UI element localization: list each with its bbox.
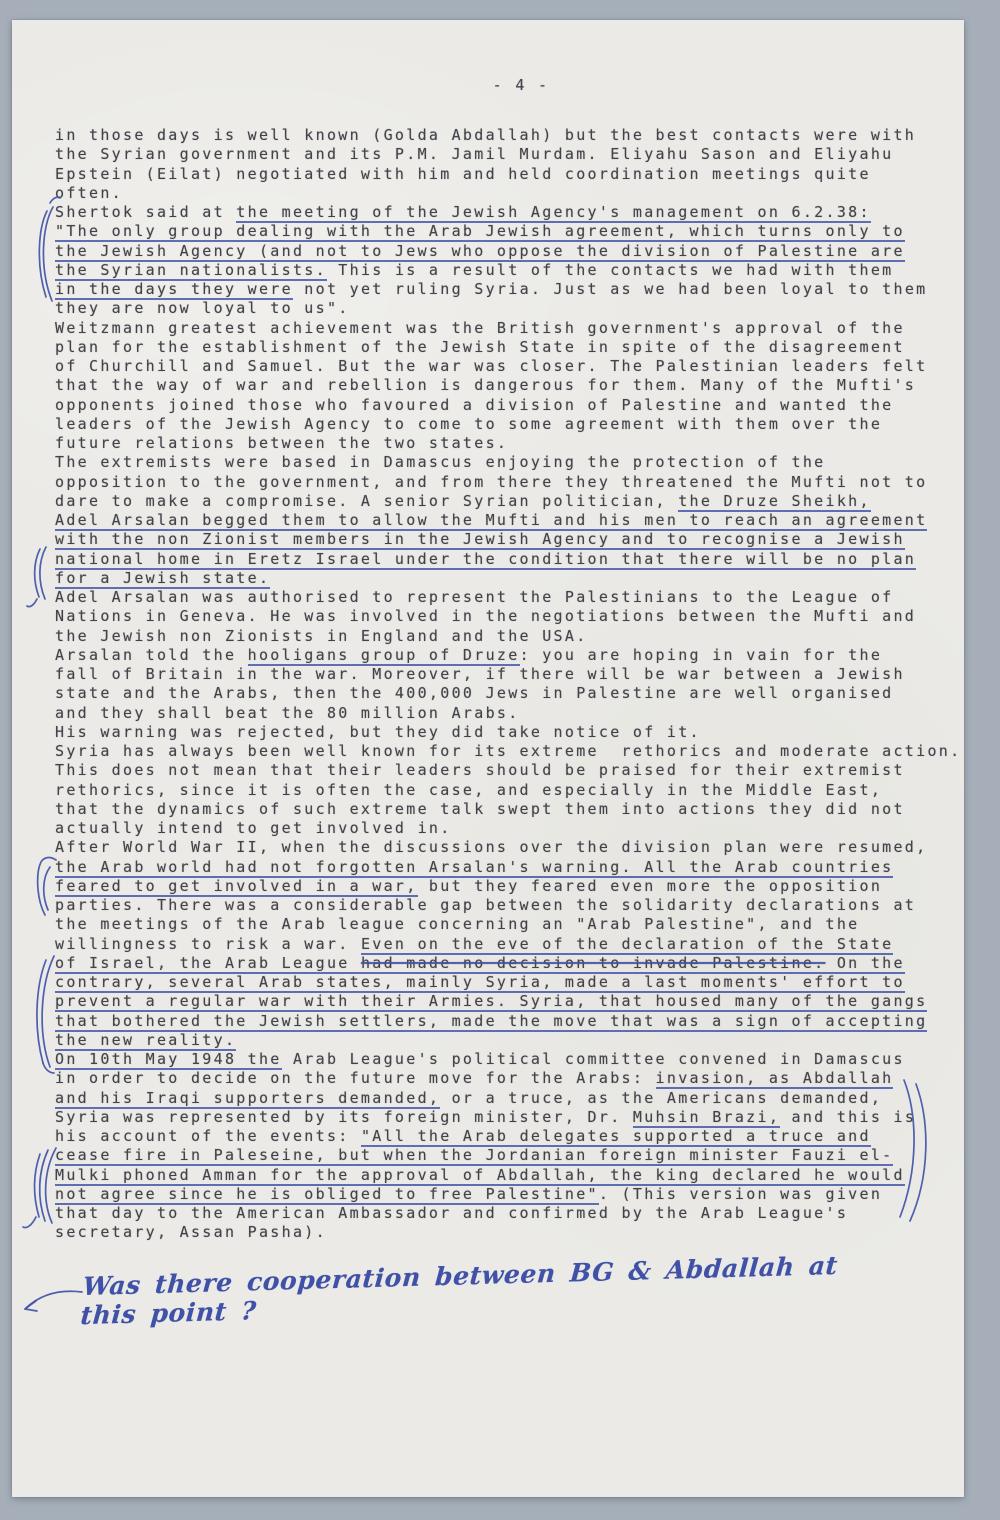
typed-segment: often. bbox=[55, 184, 123, 202]
typed-line: the Arab world had not forgotten Arsalan… bbox=[55, 858, 961, 877]
typed-line: Arsalan told the hooligans group of Druz… bbox=[55, 646, 961, 665]
underlined-passage: and his Iraqi supporters demanded, bbox=[55, 1089, 440, 1109]
underlined-passage: with the non Zionist members in the Jewi… bbox=[55, 530, 905, 550]
typed-line: with the non Zionist members in the Jewi… bbox=[55, 530, 961, 549]
typed-segment: This does not mean that their leaders sh… bbox=[55, 761, 905, 779]
typed-text: in those days is well known (Golda Abdal… bbox=[55, 126, 961, 1243]
typed-segment: Arsalan told the bbox=[55, 646, 248, 664]
typed-line: in the days they were not yet ruling Syr… bbox=[55, 280, 961, 299]
typed-line: secretary, Assan Pasha). bbox=[55, 1223, 961, 1242]
underlined-passage: not agree since he is obliged to free Pa… bbox=[55, 1185, 599, 1205]
typed-line: that the dynamics of such extreme talk s… bbox=[55, 800, 961, 819]
typed-line: Epstein (Eilat) negotiated with him and … bbox=[55, 165, 961, 184]
scanned-document-page: { "colors":{ "background":"#a6afb9", "pa… bbox=[0, 0, 1000, 1520]
typed-segment: or a truce, as the Americans demanded, bbox=[440, 1089, 882, 1107]
typed-segment: Weitzmann greatest achievement was the B… bbox=[55, 319, 905, 337]
typed-segment: plan for the establishment of the Jewish… bbox=[55, 338, 905, 356]
underlined-passage: contrary, several Arab states, mainly Sy… bbox=[55, 973, 905, 993]
typed-segment: the meetings of the Arab league concerni… bbox=[55, 915, 859, 933]
typed-segment: Syria was represented by its foreign min… bbox=[55, 1108, 633, 1126]
typed-line: opponents joined those who favoured a di… bbox=[55, 396, 961, 415]
typed-line: the Jewish non Zionists in England and t… bbox=[55, 627, 961, 646]
typed-segment: state and the Arabs, then the 400,000 Je… bbox=[55, 684, 893, 702]
underlined-passage: hooligans group of Druze bbox=[248, 646, 520, 666]
typed-line: Mulki phoned Amman for the approval of A… bbox=[55, 1166, 961, 1185]
typed-line: Syria has always been well known for its… bbox=[55, 742, 961, 761]
typed-segment: Nations in Geneva. He was involved in th… bbox=[55, 607, 916, 625]
typed-line: The extremists were based in Damascus en… bbox=[55, 453, 961, 472]
underlined-passage: feared to get involved in a war, bbox=[55, 877, 418, 897]
typed-segment: that the way of war and rebellion is dan… bbox=[55, 376, 916, 394]
typed-segment: Syria has always been well known for its… bbox=[55, 742, 961, 760]
typed-line: of Churchill and Samuel. But the war was… bbox=[55, 357, 961, 376]
underlined-passage: the Arab world had not forgotten Arsalan… bbox=[55, 858, 893, 878]
typed-line: and they shall beat the 80 million Arabs… bbox=[55, 704, 961, 723]
typed-line: and his Iraqi supporters demanded, or a … bbox=[55, 1089, 961, 1108]
typed-line: not agree since he is obliged to free Pa… bbox=[55, 1185, 961, 1204]
typed-line: Nations in Geneva. He was involved in th… bbox=[55, 607, 961, 626]
typed-line: of Israel, the Arab League had made no d… bbox=[55, 954, 961, 973]
typed-line: parties. There was a considerable gap be… bbox=[55, 896, 961, 915]
left-bracket-arab-league bbox=[37, 956, 54, 1073]
typed-line: plan for the establishment of the Jewish… bbox=[55, 338, 961, 357]
typed-line: leaders of the Jewish Agency to come to … bbox=[55, 415, 961, 434]
paper-sheet: - 4 - in those days is well known (Golda… bbox=[12, 20, 964, 1497]
typed-line: dare to make a compromise. A senior Syri… bbox=[55, 492, 961, 511]
typed-segment: Adel Arsalan was authorised to represent… bbox=[55, 588, 893, 606]
typed-line: Syria was represented by its foreign min… bbox=[55, 1108, 961, 1127]
typed-segment: willingness to risk a war. bbox=[55, 935, 361, 953]
typed-segment: Epstein (Eilat) negotiated with him and … bbox=[55, 165, 871, 183]
underlined-passage: On 10th May 1948 the bbox=[55, 1050, 282, 1070]
underlined-passage: had made no decision to invade Palestine… bbox=[361, 954, 826, 974]
typed-segment: the Syrian government and its P.M. Jamil… bbox=[55, 145, 893, 163]
typed-segment: future relations between the two states. bbox=[55, 434, 508, 452]
typed-line: "The only group dealing with the Arab Je… bbox=[55, 222, 961, 241]
typed-segment: : you are hoping in vain for the bbox=[520, 646, 883, 664]
typed-line: that day to the American Ambassador and … bbox=[55, 1204, 961, 1223]
typed-segment: rethorics, since it is often the case, a… bbox=[55, 781, 882, 799]
underlined-passage: the Syrian nationalists. bbox=[55, 261, 327, 281]
typed-line: they are now loyal to us". bbox=[55, 299, 961, 318]
typed-segment: of Churchill and Samuel. But the war was… bbox=[55, 357, 927, 375]
typed-line: Weitzmann greatest achievement was the B… bbox=[55, 319, 961, 338]
typed-segment: Shertok said at bbox=[55, 203, 236, 221]
underlined-passage: "All the Arab delegates supported a truc… bbox=[361, 1127, 871, 1147]
underlined-passage: Even on the eve of the declaration of th… bbox=[361, 935, 894, 955]
underlined-passage: prevent a regular war with their Armies.… bbox=[55, 992, 927, 1012]
typed-segment: that the dynamics of such extreme talk s… bbox=[55, 800, 905, 818]
typed-line: willingness to risk a war. Even on the e… bbox=[55, 935, 961, 954]
underlined-passage: the meeting of the Jewish Agency's manag… bbox=[236, 203, 871, 223]
left-bracket-jewish-home bbox=[27, 547, 46, 607]
underlined-passage: cease fire in Paleseine, but when the Jo… bbox=[55, 1146, 893, 1166]
underlined-passage: Mulki phoned Amman for the approval of A… bbox=[55, 1166, 905, 1186]
underlined-passage: the Druze Sheikh, bbox=[678, 492, 871, 512]
typed-line: Shertok said at the meeting of the Jewis… bbox=[55, 203, 961, 222]
typed-line: prevent a regular war with their Armies.… bbox=[55, 992, 961, 1011]
typed-line: rethorics, since it is often the case, a… bbox=[55, 781, 961, 800]
typed-line: contrary, several Arab states, mainly Sy… bbox=[55, 973, 961, 992]
typed-segment: His warning was rejected, but they did t… bbox=[55, 723, 701, 741]
typed-segment: they are now loyal to us". bbox=[55, 299, 350, 317]
typed-line: state and the Arabs, then the 400,000 Je… bbox=[55, 684, 961, 703]
typed-line: This does not mean that their leaders sh… bbox=[55, 761, 961, 780]
typed-segment: his account of the events: bbox=[55, 1127, 361, 1145]
underlined-passage: invasion, as Abdallah bbox=[656, 1069, 894, 1089]
typed-segment: in order to decide on the future move fo… bbox=[55, 1069, 656, 1087]
left-bracket-cease-fire bbox=[23, 1148, 56, 1228]
typed-line: the Syrian government and its P.M. Jamil… bbox=[55, 145, 961, 164]
underlined-passage: national home in Eretz Israel under the … bbox=[55, 550, 916, 570]
typed-line: Adel Arsalan was authorised to represent… bbox=[55, 588, 961, 607]
typed-line: His warning was rejected, but they did t… bbox=[55, 723, 961, 742]
typed-segment: that day to the American Ambassador and … bbox=[55, 1204, 848, 1222]
typed-segment: Arab League's political committee conven… bbox=[282, 1050, 905, 1068]
typed-line: his account of the events: "All the Arab… bbox=[55, 1127, 961, 1146]
underlined-passage: in the days they were bbox=[55, 280, 293, 300]
typed-segment: leaders of the Jewish Agency to come to … bbox=[55, 415, 882, 433]
typed-segment: in those days is well known (Golda Abdal… bbox=[55, 126, 916, 144]
typed-line: fall of Britain in the war. Moreover, if… bbox=[55, 665, 961, 684]
typed-line: national home in Eretz Israel under the … bbox=[55, 550, 961, 569]
typed-line: future relations between the two states. bbox=[55, 434, 961, 453]
typed-line: for a Jewish state. bbox=[55, 569, 961, 588]
typed-segment: The extremists were based in Damascus en… bbox=[55, 453, 826, 471]
typed-line: that bothered the Jewish settlers, made … bbox=[55, 1012, 961, 1031]
underlined-passage: the new reality. bbox=[55, 1031, 236, 1051]
typed-line: often. bbox=[55, 184, 961, 203]
typed-line: On 10th May 1948 the Arab League's polit… bbox=[55, 1050, 961, 1069]
typed-line: in order to decide on the future move fo… bbox=[55, 1069, 961, 1088]
typed-segment: secretary, Assan Pasha). bbox=[55, 1223, 327, 1241]
typed-line: the new reality. bbox=[55, 1031, 961, 1050]
underlined-passage: "The only group dealing with the Arab Je… bbox=[55, 222, 905, 242]
typed-segment: not yet ruling Syria. Just as we had bee… bbox=[293, 280, 928, 298]
typed-line: in those days is well known (Golda Abdal… bbox=[55, 126, 961, 145]
page-number: - 4 - bbox=[55, 76, 941, 94]
handwritten-note: Was there cooperation between BG & Abdal… bbox=[80, 1250, 884, 1330]
typed-line: Adel Arsalan begged them to allow the Mu… bbox=[55, 511, 961, 530]
typed-line: feared to get involved in a war, but the… bbox=[55, 877, 961, 896]
typed-line: cease fire in Paleseine, but when the Jo… bbox=[55, 1146, 961, 1165]
typed-segment: actually intend to get involved in. bbox=[55, 819, 452, 837]
typed-segment: opposition to the government, and from t… bbox=[55, 473, 927, 491]
typed-segment: the Jewish non Zionists in England and t… bbox=[55, 627, 588, 645]
typed-segment: This is a result of the contacts we had … bbox=[327, 261, 894, 279]
typed-segment: and this is bbox=[780, 1108, 916, 1126]
typed-segment: After World War II, when the discussions… bbox=[55, 838, 927, 856]
left-arrow-handwritten bbox=[25, 1291, 82, 1311]
underlined-passage: of Israel, the Arab League bbox=[55, 954, 361, 974]
typed-segment: dare to make a compromise. A senior Syri… bbox=[55, 492, 678, 510]
typed-line: actually intend to get involved in. bbox=[55, 819, 961, 838]
typed-line: that the way of war and rebellion is dan… bbox=[55, 376, 961, 395]
typed-segment: but they feared even more the opposition bbox=[418, 877, 883, 895]
underlined-passage: On the bbox=[826, 954, 905, 974]
underlined-passage: for a Jewish state. bbox=[55, 569, 270, 589]
typed-line: the Jewish Agency (and not to Jews who o… bbox=[55, 242, 961, 261]
typed-line: the Syrian nationalists. This is a resul… bbox=[55, 261, 961, 280]
typed-line: opposition to the government, and from t… bbox=[55, 473, 961, 492]
typed-segment: parties. There was a considerable gap be… bbox=[55, 896, 916, 914]
typed-segment: opponents joined those who favoured a di… bbox=[55, 396, 893, 414]
typed-line: After World War II, when the discussions… bbox=[55, 838, 961, 857]
typed-segment: . (This version was given bbox=[599, 1185, 882, 1203]
typed-segment: fall of Britain in the war. Moreover, if… bbox=[55, 665, 905, 683]
typed-line: the meetings of the Arab league concerni… bbox=[55, 915, 961, 934]
underlined-passage: the Jewish Agency (and not to Jews who o… bbox=[55, 242, 905, 262]
underlined-passage: that bothered the Jewish settlers, made … bbox=[55, 1012, 927, 1032]
left-bracket-arab-countries bbox=[38, 858, 56, 915]
typed-segment: and they shall beat the 80 million Arabs… bbox=[55, 704, 520, 722]
underlined-passage: Muhsin Brazi, bbox=[633, 1108, 780, 1128]
underlined-passage: Adel Arsalan begged them to allow the Mu… bbox=[55, 511, 927, 531]
